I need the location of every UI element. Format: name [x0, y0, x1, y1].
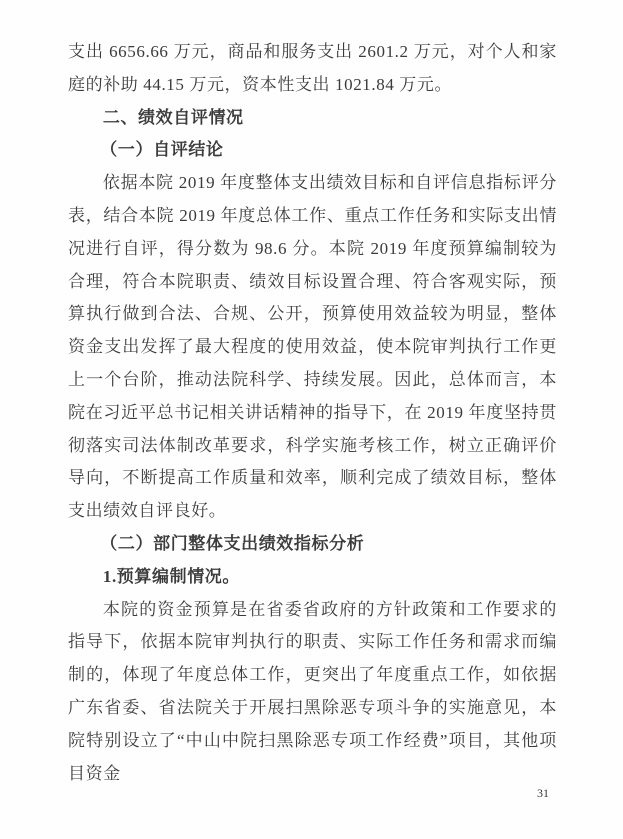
- paragraph-budget-preparation: 本院的资金预算是在省委省政府的方针政策和工作要求的指导下，依据本院审判执行的职责…: [68, 594, 557, 791]
- document-body: 支出 6656.66 万元，商品和服务支出 2601.2 万元，对个人和家庭的补…: [68, 36, 557, 790]
- heading-sub-self-evaluation-conclusion: （一）自评结论: [68, 134, 557, 167]
- paragraph-self-evaluation-conclusion: 依据本院 2019 年度整体支出绩效目标和自评信息指标评分表，结合本院 2019…: [68, 167, 557, 528]
- heading-sub-overall-expenditure-indicator-analysis: （二）部门整体支出绩效指标分析: [68, 528, 557, 561]
- heading-numbered-budget-preparation: 1.预算编制情况。: [68, 561, 557, 594]
- paragraph-expenditure-summary: 支出 6656.66 万元，商品和服务支出 2601.2 万元，对个人和家庭的补…: [68, 36, 557, 102]
- page-number: 31: [537, 786, 549, 800]
- document-page: 支出 6656.66 万元，商品和服务支出 2601.2 万元，对个人和家庭的补…: [0, 0, 623, 839]
- heading-section-performance-self-evaluation: 二、绩效自评情况: [68, 102, 557, 135]
